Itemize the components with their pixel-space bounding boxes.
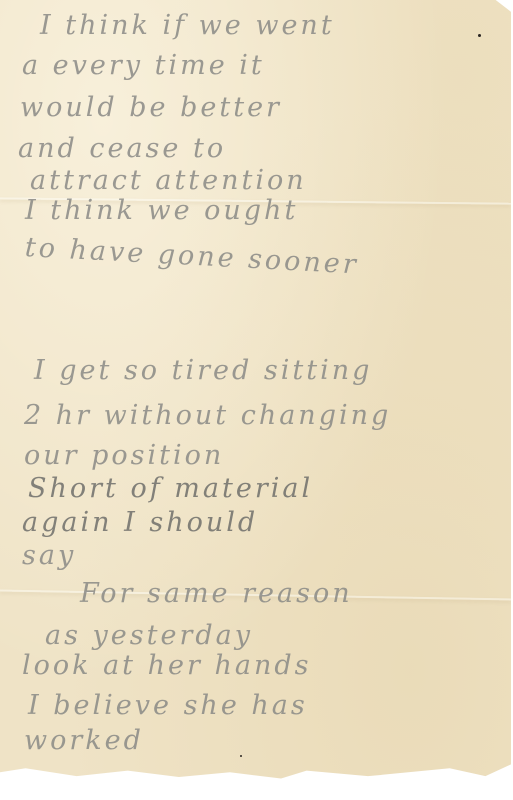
ink-spot (240, 755, 242, 757)
note-line: as yesterday (45, 620, 253, 651)
note-line: I think if we went (40, 10, 335, 41)
note-line: say (22, 540, 76, 571)
note-line: to have gone sooner (24, 232, 359, 280)
note-line: Short of material (28, 473, 313, 504)
note-line: look at her hands (22, 650, 312, 681)
note-line: 2 hr without changing (24, 400, 391, 431)
note-line: and cease to (18, 133, 226, 164)
note-line: attract attention (30, 165, 307, 196)
note-line: would be better (20, 92, 282, 123)
note-line: again I should (22, 507, 258, 538)
note-line: I get so tired sitting (34, 355, 372, 386)
note-line: worked (24, 725, 144, 756)
note-line: our position (24, 440, 224, 471)
note-line: I think we ought (25, 195, 298, 226)
note-line: For same reason (80, 578, 353, 609)
note-line: a every time it (22, 50, 265, 81)
note-line: I believe she has (28, 690, 308, 721)
ink-spot (478, 34, 481, 37)
handwritten-note: I think if we went a every time it would… (0, 0, 513, 800)
